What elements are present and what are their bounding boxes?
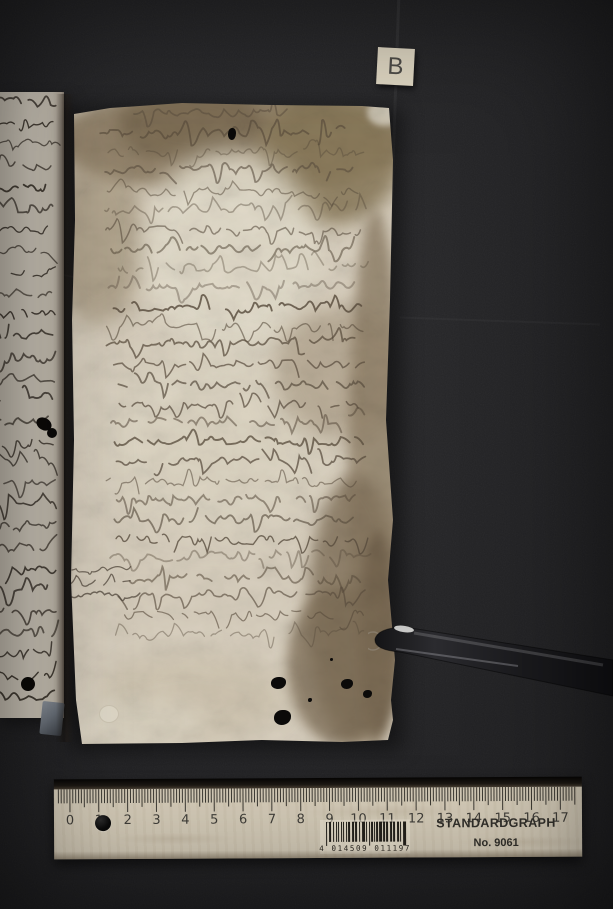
ruler-brand-text: STANDARDGRAPH [426,816,566,831]
ruler-number: 8 [290,812,312,827]
ruler-hanging-hole [95,815,111,831]
ruler-number: 6 [232,812,254,827]
photo-label-tag: B [376,47,415,86]
ruler-number: 3 [146,813,168,828]
ruler-number: 4 [174,813,196,828]
ink-blot [18,674,38,694]
ruler-number: 7 [261,812,283,827]
book-gutter-shadow [56,94,74,742]
barcode-bars [320,820,410,846]
ruler-face: 01234567891011121314151617 4 014509 0111… [54,787,582,860]
facing-page-handwriting [0,92,64,718]
manuscript-handwriting [62,100,398,748]
barcode-digits: 4 014509 011197 [314,843,416,853]
ruler: 01234567891011121314151617 4 014509 0111… [54,777,582,860]
facing-page-edge [0,92,64,718]
ruler-barcode: 4 014509 011197 [320,820,410,854]
glass-rod [368,600,613,710]
felt-crease [400,317,600,326]
ruler-model-text: No. 9061 [450,837,542,849]
ruler-number: 5 [203,812,225,827]
manuscript-page [62,100,398,748]
photo-label-letter: B [387,52,404,81]
photo-stage: B [0,0,613,909]
ruler-number: 2 [117,813,139,828]
ruler-number: 0 [59,813,81,828]
